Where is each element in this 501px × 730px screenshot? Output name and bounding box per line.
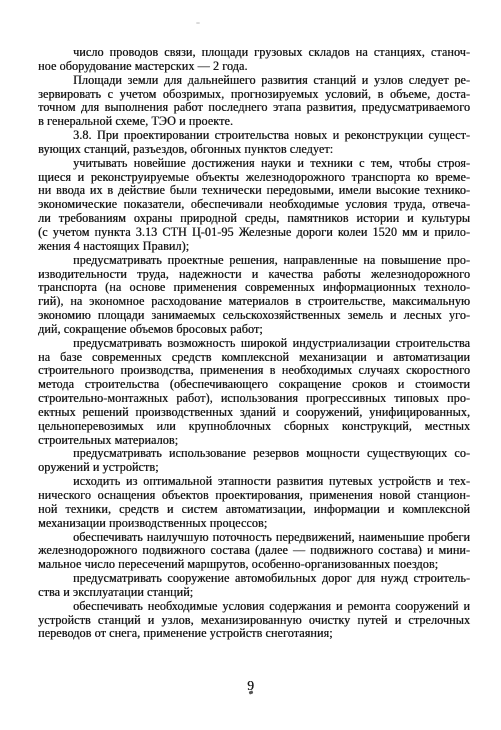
paragraph: предусматривать использование резервов м… (38, 447, 470, 475)
text-line: устройств станций и узлов, механизирован… (38, 614, 470, 628)
text-line: в генеральной схеме, ТЭО и проекте. (38, 115, 470, 129)
text-line: исходить из оптимальной этапности развит… (38, 475, 470, 489)
text-line: строительных материалов; (38, 434, 470, 448)
text-line: обеспечивать необходимые условия содержа… (38, 600, 470, 614)
text-line: точном для выполнения работ последнего э… (38, 101, 470, 115)
text-line: 3.8. При проектировании строительства но… (38, 129, 470, 143)
text-line: транспорта (на основе применения совреме… (38, 281, 470, 295)
text-line: жения 4 настоящих Правил); (38, 240, 470, 254)
text-line: ли требованиям охраны природной среды, п… (38, 212, 470, 226)
text-line: Площади земли для дальнейшего развития с… (38, 74, 470, 88)
text-line: ства и эксплуатации станций; (38, 586, 470, 600)
text-line: дий, сокращение объемов бросовых работ; (38, 323, 470, 337)
text-line: строительного производства, применения в… (38, 364, 470, 378)
text-line: число проводов связи, площади грузовых с… (38, 46, 470, 60)
paragraph: предусматривать возможность широкой инду… (38, 337, 470, 448)
document-page: число проводов связи, площади грузовых с… (0, 0, 501, 730)
paragraph: обеспечивать необходимые условия содержа… (38, 600, 470, 642)
text-line: предусматривать сооружение автомобильных… (38, 572, 470, 586)
text-line: нического оснащения объектов проектирова… (38, 489, 470, 503)
text-line: предусматривать использование резервов м… (38, 447, 470, 461)
paragraph: предусматривать сооружение автомобильных… (38, 572, 470, 600)
paragraph: 3.8. При проектировании строительства но… (38, 129, 470, 157)
text-line: мальное число пересечений маршрутов, осо… (38, 558, 470, 572)
text-line: ектных решений производственных зданий и… (38, 406, 470, 420)
text-line: гий), на экономное расходование материал… (38, 295, 470, 309)
text-line: цельноперевозимых или крупноблочных сбор… (38, 420, 470, 434)
paragraph: учитывать новейшие достижения науки и те… (38, 157, 470, 254)
text-line: экономию площади занимаемых сельскохозяй… (38, 309, 470, 323)
paragraph: обеспечивать наилучшую поточность передв… (38, 531, 470, 573)
paragraph: исходить из оптимальной этапности развит… (38, 475, 470, 530)
text-line: щиеся и реконструируемые объекты железно… (38, 171, 470, 185)
text-line: оружений и устройств; (38, 461, 470, 475)
text-line: метода строительства (обеспечивающего со… (38, 378, 470, 392)
text-line: на базе современных средств комплексной … (38, 351, 470, 365)
text-line: экономические показатели, обеспечивали н… (38, 198, 470, 212)
page-number: 9 (0, 678, 501, 694)
text-line: ни ввода их в действие были технически п… (38, 184, 470, 198)
text-line: механизации производственных процессов; (38, 517, 470, 531)
paragraph: число проводов связи, площади грузовых с… (38, 46, 470, 74)
text-line: предусматривать возможность широкой инду… (38, 337, 470, 351)
scan-speck (196, 22, 200, 24)
text-line: строительно-монтажных работ), использова… (38, 392, 470, 406)
text-line: предусматривать проектные решения, напра… (38, 254, 470, 268)
text-line: ное оборудование мастерских — 2 года. (38, 60, 470, 74)
paragraph: Площади земли для дальнейшего развития с… (38, 74, 470, 129)
text-line: ной техники, средств и систем автоматиза… (38, 503, 470, 517)
text-line: учитывать новейшие достижения науки и те… (38, 157, 470, 171)
text-line: железнодорожного подвижного состава (дал… (38, 544, 470, 558)
text-line: вующих станций, разъездов, обгонных пунк… (38, 143, 470, 157)
text-block: число проводов связи, площади грузовых с… (38, 46, 470, 641)
text-line: (с учетом пункта 3.13 СТН Ц-01-95 Железн… (38, 226, 470, 240)
text-line: изводительности труда, надежности и каче… (38, 268, 470, 282)
text-line: зервировать с учетом обозримых, прогнози… (38, 88, 470, 102)
paragraph: предусматривать проектные решения, напра… (38, 254, 470, 337)
text-line: обеспечивать наилучшую поточность передв… (38, 531, 470, 545)
text-line: переводов от снега, применение устройств… (38, 627, 470, 641)
